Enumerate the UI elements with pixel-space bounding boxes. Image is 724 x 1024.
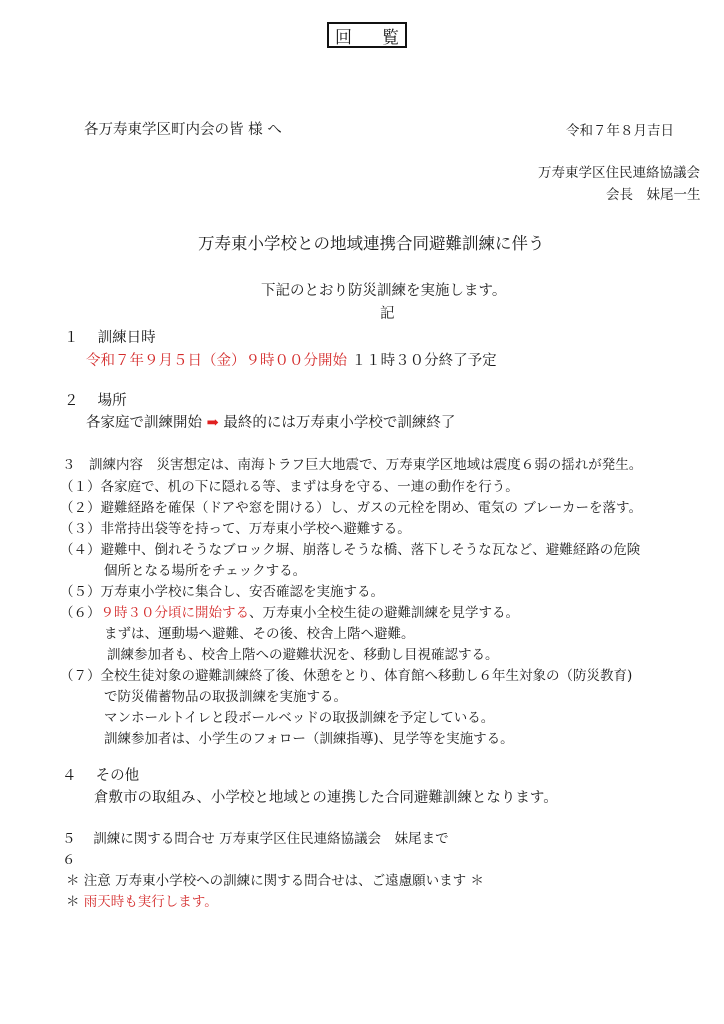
note-rain: ＊ 雨天時も実行します。 <box>66 890 218 910</box>
section-5-contact: ５ 訓練に関する問合せ 万寿東学区住民連絡協議会 妹尾まで <box>62 827 449 847</box>
item-4: （４）避難中、倒れそうなブロック塀、崩落しそうな橋、落下しそうな瓦など、避難経路… <box>60 538 640 558</box>
item-4-cont: 個所となる場所をチェックする。 <box>104 559 306 579</box>
item-3: （３）非常持出袋等を持って、万寿東小学校へ避難する。 <box>60 517 411 537</box>
section-1-datetime: 令和７年９月５日（金）９時００分開始 １１時３０分終了予定 <box>86 349 497 370</box>
note-rain-star: ＊ <box>66 894 80 910</box>
datetime-start: 令和７年９月５日（金）９時００分開始 <box>86 353 347 369</box>
section-4-text: 倉敷市の取組み、小学校と地域との連携した合同避難訓練となります。 <box>94 786 558 807</box>
addressee: 各万寿東学区町内会の皆 様 へ <box>84 118 282 139</box>
subject-heading: 万寿東小学校との地域連携合同避難訓練に伴う <box>198 230 545 254</box>
item-5: （５）万寿東小学校に集合し、安否確認を実施する。 <box>60 580 384 600</box>
section-3-label: ３ 訓練内容 災害想定は、南海トラフ巨大地震で、万寿東学区地域は震度６弱の揺れが… <box>62 453 642 473</box>
section-2-place: 各家庭で訓練開始 ➡ 最終的には万寿東小学校で訓練終了 <box>86 411 455 432</box>
item-7-line-3: 訓練参加者は、小学生のフォロー（訓練指導)、見学等を実施する。 <box>104 727 514 747</box>
section-2-label: ２ 場所 <box>64 389 127 410</box>
title-char-2: 覧 <box>382 23 399 48</box>
ki-marker: 記 <box>380 302 395 323</box>
item-7-line-2: マンホールトイレと段ボールベッドの取扱訓練を予定している。 <box>104 706 494 726</box>
section-6-label: ６ <box>62 848 76 868</box>
section-4-label: ４ その他 <box>62 764 139 785</box>
title-char-1: 回 <box>335 23 352 48</box>
item-6: （６）９時３０分頃に開始する、万寿東小全校生徒の避難訓練を見学する。 <box>60 601 519 621</box>
item-7-line-1: で防災備蓄物品の取扱訓練を実施する。 <box>104 685 347 705</box>
section-1-label: １ 訓練日時 <box>64 326 156 347</box>
organization: 万寿東学区住民連絡協議会 <box>538 161 700 181</box>
note-inquiry: ＊ 注意 万寿東小学校への訓練に関する問合せは、ご遠慮願います ＊ <box>66 869 484 889</box>
item-2: （２）避難経路を確保（ドアや窓を開ける）し、ガスの元栓を閉め、電気の ブレーカー… <box>60 496 642 516</box>
place-start: 各家庭で訓練開始 <box>86 415 202 431</box>
item-7: （７）全校生徒対象の避難訓練終了後、休憩をとり、体育館へ移動し６年生対象の（防災… <box>60 664 632 684</box>
issue-date: 令和７年８月吉日 <box>566 119 674 139</box>
place-end: 最終的には万寿東小学校で訓練終了 <box>223 415 455 431</box>
item-6-prefix: （６） <box>60 605 101 621</box>
item-6-start-time: ９時３０分頃に開始する <box>101 605 250 621</box>
note-rain-text: 雨天時も実行します。 <box>84 894 218 910</box>
item-6-line-2: 訓練参加者も、校舎上階への避難状況を、移動し目視確認する。 <box>107 643 499 663</box>
kairan-title: 回 覧 <box>327 22 407 48</box>
right-arrow-icon: ➡ <box>207 414 219 431</box>
signer: 会長 妹尾一生 <box>606 183 701 203</box>
intro-text: 下記のとおり防災訓練を実施します。 <box>261 279 506 300</box>
item-1: （１）各家庭で、机の下に隠れる等、まずは身を守る、一連の動作を行う。 <box>60 475 519 495</box>
item-6-line-1: まずは、運動場へ避難、その後、校舎上階へ避難。 <box>104 622 415 642</box>
item-6-rest: 、万寿東小全校生徒の避難訓練を見学する。 <box>249 605 519 621</box>
datetime-end: １１時３０分終了予定 <box>352 353 497 369</box>
